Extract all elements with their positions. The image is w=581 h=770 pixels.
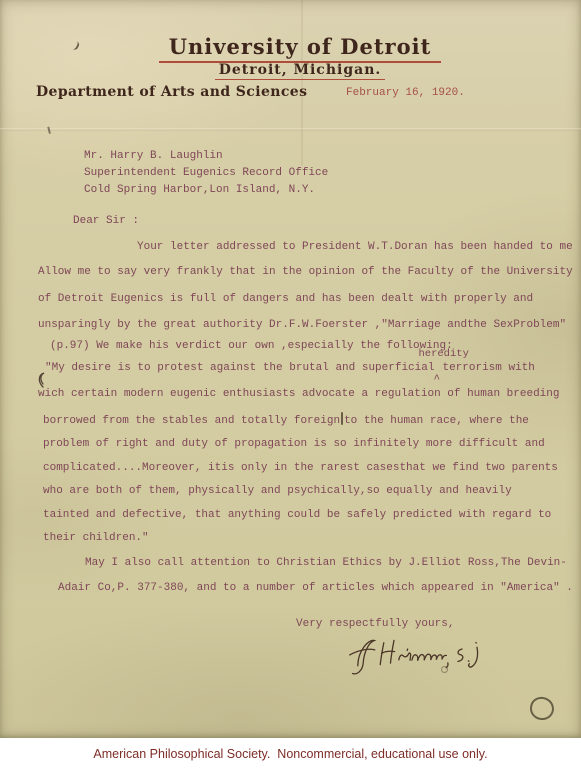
- caret-mark: ^: [433, 373, 440, 387]
- quote-line: wich certain modern eugenic enthusiasts …: [38, 387, 560, 401]
- body-line: Allow me to say very frankly that in the…: [38, 265, 573, 279]
- address-recipient-name: Mr. Harry B. Laughlin: [84, 149, 223, 163]
- paper-crease-vertical: [301, 0, 303, 165]
- body-line: unsparingly by the great authority Dr.F.…: [38, 318, 566, 332]
- body-line: of Detroit Eugenics is full of dangers a…: [38, 292, 533, 306]
- pen-stroke: [341, 412, 343, 425]
- quote-line-with-pen-stroke: borrowed from the stables and totally fo…: [43, 412, 529, 428]
- letterhead-university-name: University of Detroit: [0, 34, 581, 63]
- signature-f-heiermann-sj: [345, 627, 497, 681]
- body-line: (p.97) We make his verdict our own ,espe…: [50, 339, 453, 353]
- caption-strip: American Philosophical Society. Noncomme…: [0, 738, 581, 770]
- pencil-mark: [47, 125, 56, 134]
- letter-date: February 16, 1920.: [346, 86, 465, 100]
- letterhead-city: Detroit, Michigan.: [0, 62, 581, 80]
- paper-crease-horizontal: [0, 128, 581, 131]
- quote-line: who are both of them, physically and psy…: [43, 484, 512, 498]
- quote-line-with-insertion: "My desire is to protest against the bru…: [45, 361, 535, 375]
- letterhead-department: Department of Arts and Sciences: [36, 84, 307, 100]
- salutation: Dear Sir :: [73, 214, 139, 228]
- body-line: Your letter addressed to President W.T.D…: [137, 240, 581, 254]
- quote-line: their children.": [43, 531, 149, 545]
- closing-line: Very respectfully yours,: [296, 617, 454, 631]
- archive-caption: American Philosophical Society. Noncomme…: [0, 747, 581, 761]
- address-recipient-location: Cold Spring Harbor,Lon Island, N.Y.: [84, 183, 315, 197]
- quote-line: problem of right and duty of propagation…: [43, 437, 545, 451]
- small-ink-mark: [441, 666, 448, 673]
- quote-line: tainted and defective, that anything cou…: [43, 508, 551, 522]
- letter-paper: University of Detroit Detroit, Michigan.…: [0, 0, 581, 738]
- body-line: May I also call attention to Christian E…: [85, 556, 567, 570]
- handwritten-correction-mark: [34, 371, 48, 389]
- pencil-circle-annotation: [529, 695, 556, 721]
- inserted-word: heredity: [418, 347, 468, 361]
- letter-scan-page: University of Detroit Detroit, Michigan.…: [0, 0, 581, 770]
- address-recipient-title: Superintendent Eugenics Record Office: [84, 166, 328, 180]
- body-line: Adair Co,P. 377-380, and to a number of …: [58, 581, 573, 595]
- quote-line: complicated....Moreover, itis only in th…: [43, 461, 558, 475]
